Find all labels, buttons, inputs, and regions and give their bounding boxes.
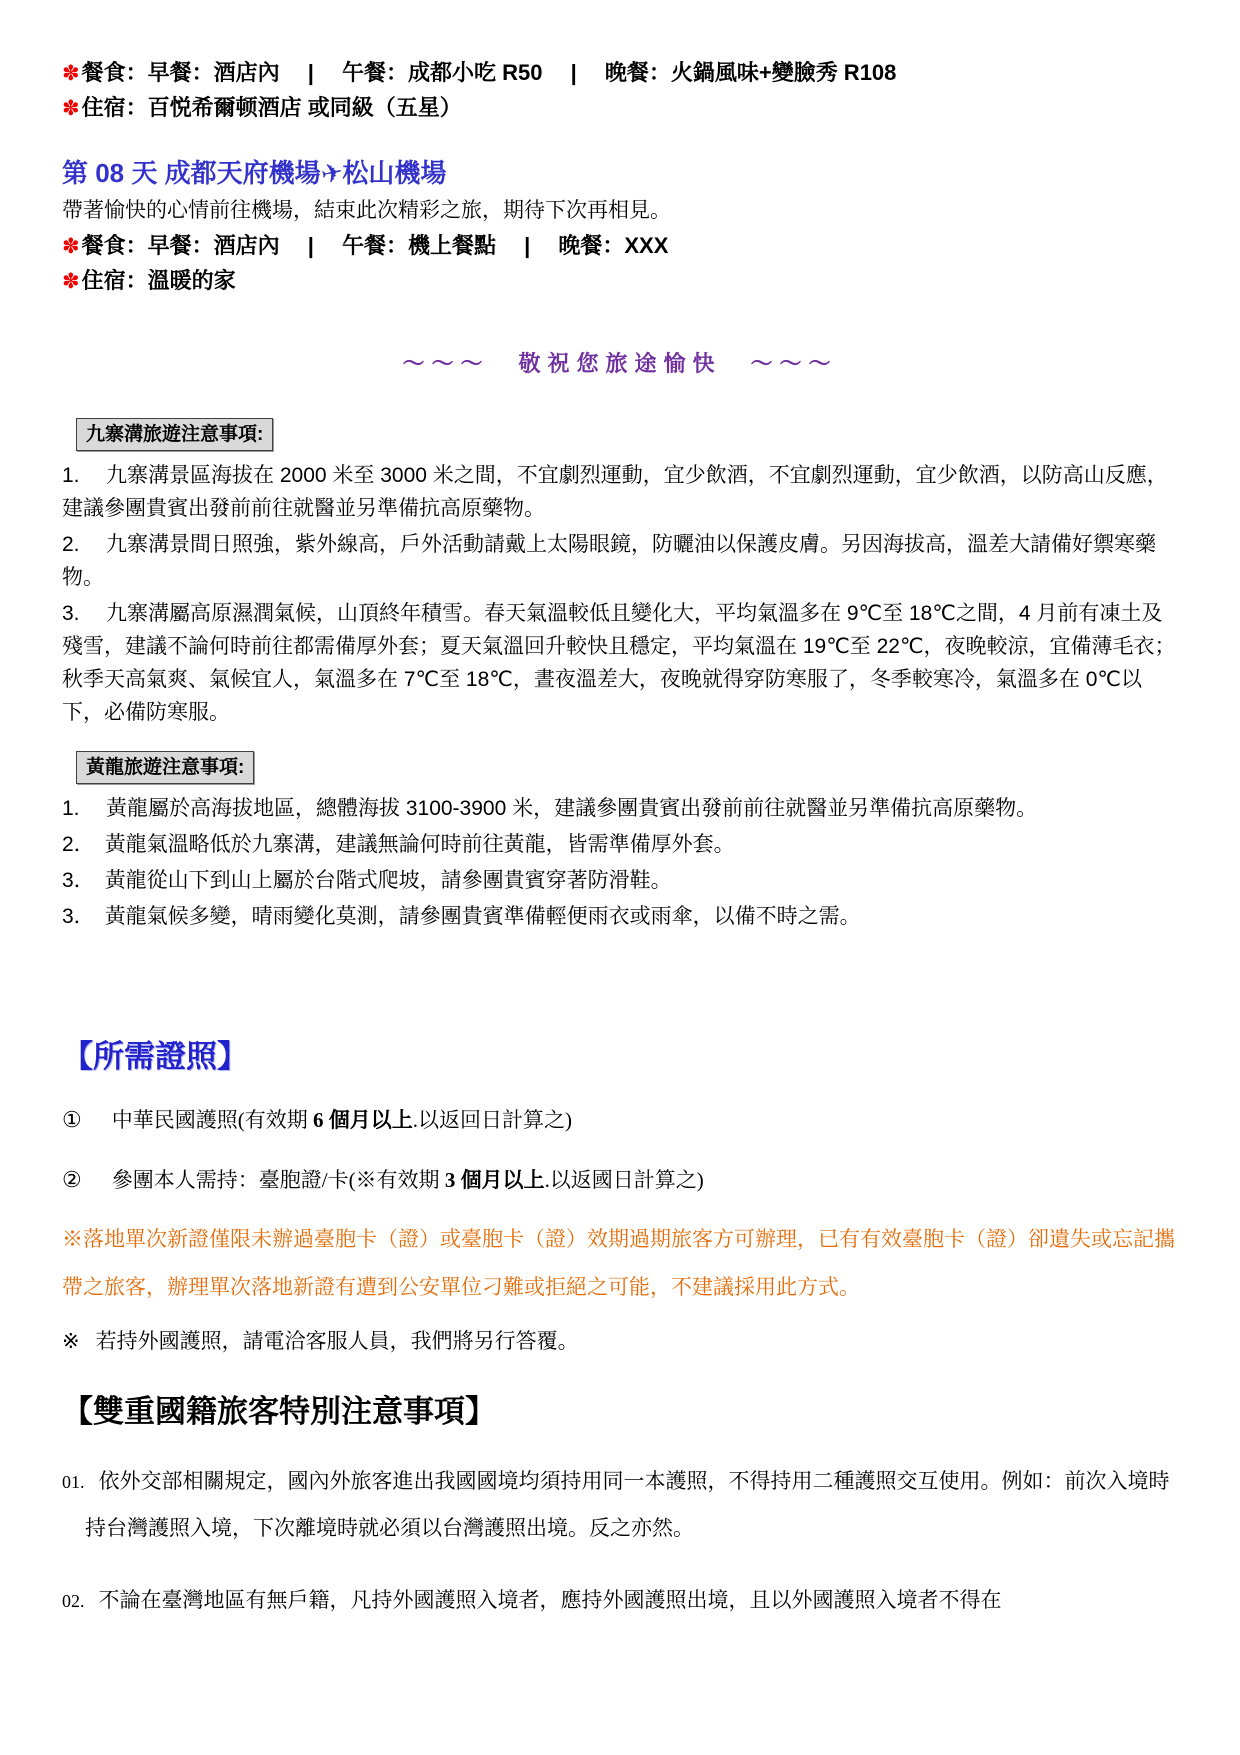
item-number: 2． (62, 828, 95, 861)
item-number: 01. (62, 1472, 85, 1492)
day8-meal-line: ✽餐食：早餐：酒店內 | 午餐：機上餐點 | 晚餐：XXX (62, 229, 1178, 264)
huanglong-item-3: 3．黃龍從山下到山上屬於台階式爬坡，請參團貴賓穿著防滑鞋。 (62, 864, 1178, 897)
dual-nationality-item-2: 02.不論在臺灣地區有無戶籍，凡持外國護照入境者，應持外國護照出境，且以外國護照… (62, 1577, 1178, 1624)
dual-nationality-item-1: 01.依外交部相關規定，國內外旅客進出我國國境均須持用同一本護照，不得持用二種護… (62, 1458, 1178, 1551)
document-item-2: ②參團本人需持：臺胞證/卡(※有效期 3 個月以上.以返國日計算之) (62, 1163, 1178, 1197)
document-item-1: ①中華民國護照(有效期 6 個月以上.以返回日計算之) (62, 1103, 1178, 1137)
jiuzhaigou-notice-section: 九寨溝旅遊注意事項: 1.九寨溝景區海拔在 2000 米至 3000 米之間，不… (62, 418, 1178, 729)
item-text-pre: 中華民國護照(有效期 (112, 1108, 313, 1132)
item-text-bold: 6 個月以上 (313, 1108, 413, 1132)
foreign-passport-note: ※若持外國護照，請電洽客服人員，我們將另行答覆。 (62, 1325, 1178, 1358)
day7-meal-line: ✽餐食：早餐：酒店內 | 午餐：成都小吃 R50 | 晚餐：火鍋風味+變臉秀 R… (62, 56, 1178, 91)
day8-meals-text: 餐食：早餐：酒店內 | 午餐：機上餐點 | 晚餐：XXX (82, 233, 669, 258)
jiuzhaigou-item-1: 1.九寨溝景區海拔在 2000 米至 3000 米之間，不宜劇烈運動，宜少飲酒，… (62, 459, 1178, 525)
item-number: 1. (62, 792, 106, 825)
item-text-post: .以返回日計算之) (413, 1108, 572, 1132)
item-text-pre: 參團本人需持：臺胞證/卡(※有效期 (112, 1168, 445, 1192)
huanglong-notice-section: 黃龍旅遊注意事項: 1.黃龍屬於高海拔地區，總體海拔 3100-3900 米，建… (62, 751, 1178, 933)
day8-heading: 第 08 天 成都天府機場✈松山機場 (62, 156, 1178, 190)
huanglong-notice-box-title: 黃龍旅遊注意事項: (76, 751, 254, 784)
jiuzhaigou-item-3: 3.九寨溝屬高原濕潤氣候，山頂終年積雪。春天氣溫較低且變化大，平均氣溫多在 9℃… (62, 597, 1178, 729)
day8-lodging-text: 住宿：溫暖的家 (82, 268, 236, 293)
day8-title-post: 松山機場 (342, 158, 446, 188)
item-text: 黃龍氣候多變，晴雨變化莫測，請參團貴賓準備輕便雨衣或雨傘，以備不時之需。 (105, 905, 861, 928)
flower-bullet-icon: ✽ (62, 270, 80, 293)
item-text: 黃龍屬於高海拔地區，總體海拔 3100-3900 米，建議參團貴賓出發前前往就醫… (106, 797, 1037, 820)
day8-lodging-line: ✽住宿：溫暖的家 (62, 264, 1178, 299)
item-text: 不論在臺灣地區有無戶籍，凡持外國護照入境者，應持外國護照出境，且以外國護照入境者… (99, 1588, 1002, 1612)
circled-number-icon: ① (62, 1107, 82, 1132)
item-number: 3. (62, 597, 106, 630)
landing-permit-warning-note: ※落地單次新證僅限未辦過臺胞卡（證）或臺胞卡（證）效期過期旅客方可辦理，已有有效… (62, 1215, 1178, 1311)
flower-bullet-icon: ✽ (62, 97, 80, 120)
circled-number-icon: ② (62, 1167, 82, 1192)
item-number: 3． (62, 864, 95, 897)
item-text: 黃龍氣溫略低於九寨溝，建議無論何時前往黃龍，皆需準備厚外套。 (105, 833, 735, 856)
item-number: 02. (62, 1591, 85, 1611)
jiuzhaigou-item-2: 2.九寨溝景間日照強，紫外線高，戶外活動請戴上太陽眼鏡，防曬油以保護皮膚。另因海… (62, 528, 1178, 594)
huanglong-item-2: 2．黃龍氣溫略低於九寨溝，建議無論何時前往黃龍，皆需準備厚外套。 (62, 828, 1178, 861)
farewell-wish-line: ～～～ 敬祝您旅途愉快 ～～～ (62, 347, 1178, 378)
reference-mark-icon: ※ (62, 1329, 80, 1353)
item-text: 依外交部相關規定，國內外旅客進出我國國境均須持用同一本護照，不得持用二種護照交互… (85, 1469, 1170, 1540)
item-text: 九寨溝景間日照強，紫外線高，戶外活動請戴上太陽眼鏡，防曬油以保護皮膚。另因海拔高… (62, 533, 1156, 589)
item-number: 1. (62, 459, 106, 492)
day7-meals-text: 餐食：早餐：酒店內 | 午餐：成都小吃 R50 | 晚餐：火鍋風味+變臉秀 R1… (82, 60, 897, 85)
day7-lodging-line: ✽住宿：百悦希爾顿酒店 或同級（五星） (62, 91, 1178, 126)
dual-nationality-section: 01.依外交部相關規定，國內外旅客進出我國國境均須持用同一本護照，不得持用二種護… (62, 1458, 1178, 1624)
required-documents-section: ①中華民國護照(有效期 6 個月以上.以返回日計算之) ②參團本人需持：臺胞證/… (62, 1103, 1178, 1358)
huanglong-item-1: 1.黃龍屬於高海拔地區，總體海拔 3100-3900 米，建議參團貴賓出發前前往… (62, 792, 1178, 825)
item-number: 3． (62, 900, 95, 933)
huanglong-item-4: 3．黃龍氣候多變，晴雨變化莫測，請參團貴賓準備輕便雨衣或雨傘，以備不時之需。 (62, 900, 1178, 933)
item-text-post: .以返國日計算之) (545, 1168, 704, 1192)
item-text: 九寨溝屬高原濕潤氣候，山頂終年積雪。春天氣溫較低且變化大，平均氣溫多在 9℃至 … (62, 602, 1176, 724)
item-text: 九寨溝景區海拔在 2000 米至 3000 米之間，不宜劇烈運動，宜少飲酒，不宜… (62, 464, 1168, 520)
item-text-bold: 3 個月以上 (445, 1168, 545, 1192)
foreign-note-text: 若持外國護照，請電洽客服人員，我們將另行答覆。 (96, 1329, 579, 1353)
flower-bullet-icon: ✽ (62, 62, 80, 85)
itinerary-document-page: ✽餐食：早餐：酒店內 | 午餐：成都小吃 R50 | 晚餐：火鍋風味+變臉秀 R… (0, 0, 1240, 1755)
item-text: 黃龍從山下到山上屬於台階式爬坡，請參團貴賓穿著防滑鞋。 (105, 869, 672, 892)
flower-bullet-icon: ✽ (62, 235, 80, 258)
dual-nationality-title: 【雙重國籍旅客特別注意事項】 (62, 1392, 1178, 1432)
day8-description: 帶著愉快的心情前往機場，結束此次精彩之旅，期待下次再相見。 (62, 194, 1178, 227)
jiuzhaigou-notice-box-title: 九寨溝旅遊注意事項: (76, 418, 273, 451)
item-number: 2. (62, 528, 106, 561)
day7-lodging-text: 住宿：百悦希爾顿酒店 或同級（五星） (82, 95, 462, 120)
day8-title-pre: 第 08 天 成都天府機場 (62, 158, 321, 188)
required-documents-title: 【所需證照】 (62, 1037, 1178, 1077)
